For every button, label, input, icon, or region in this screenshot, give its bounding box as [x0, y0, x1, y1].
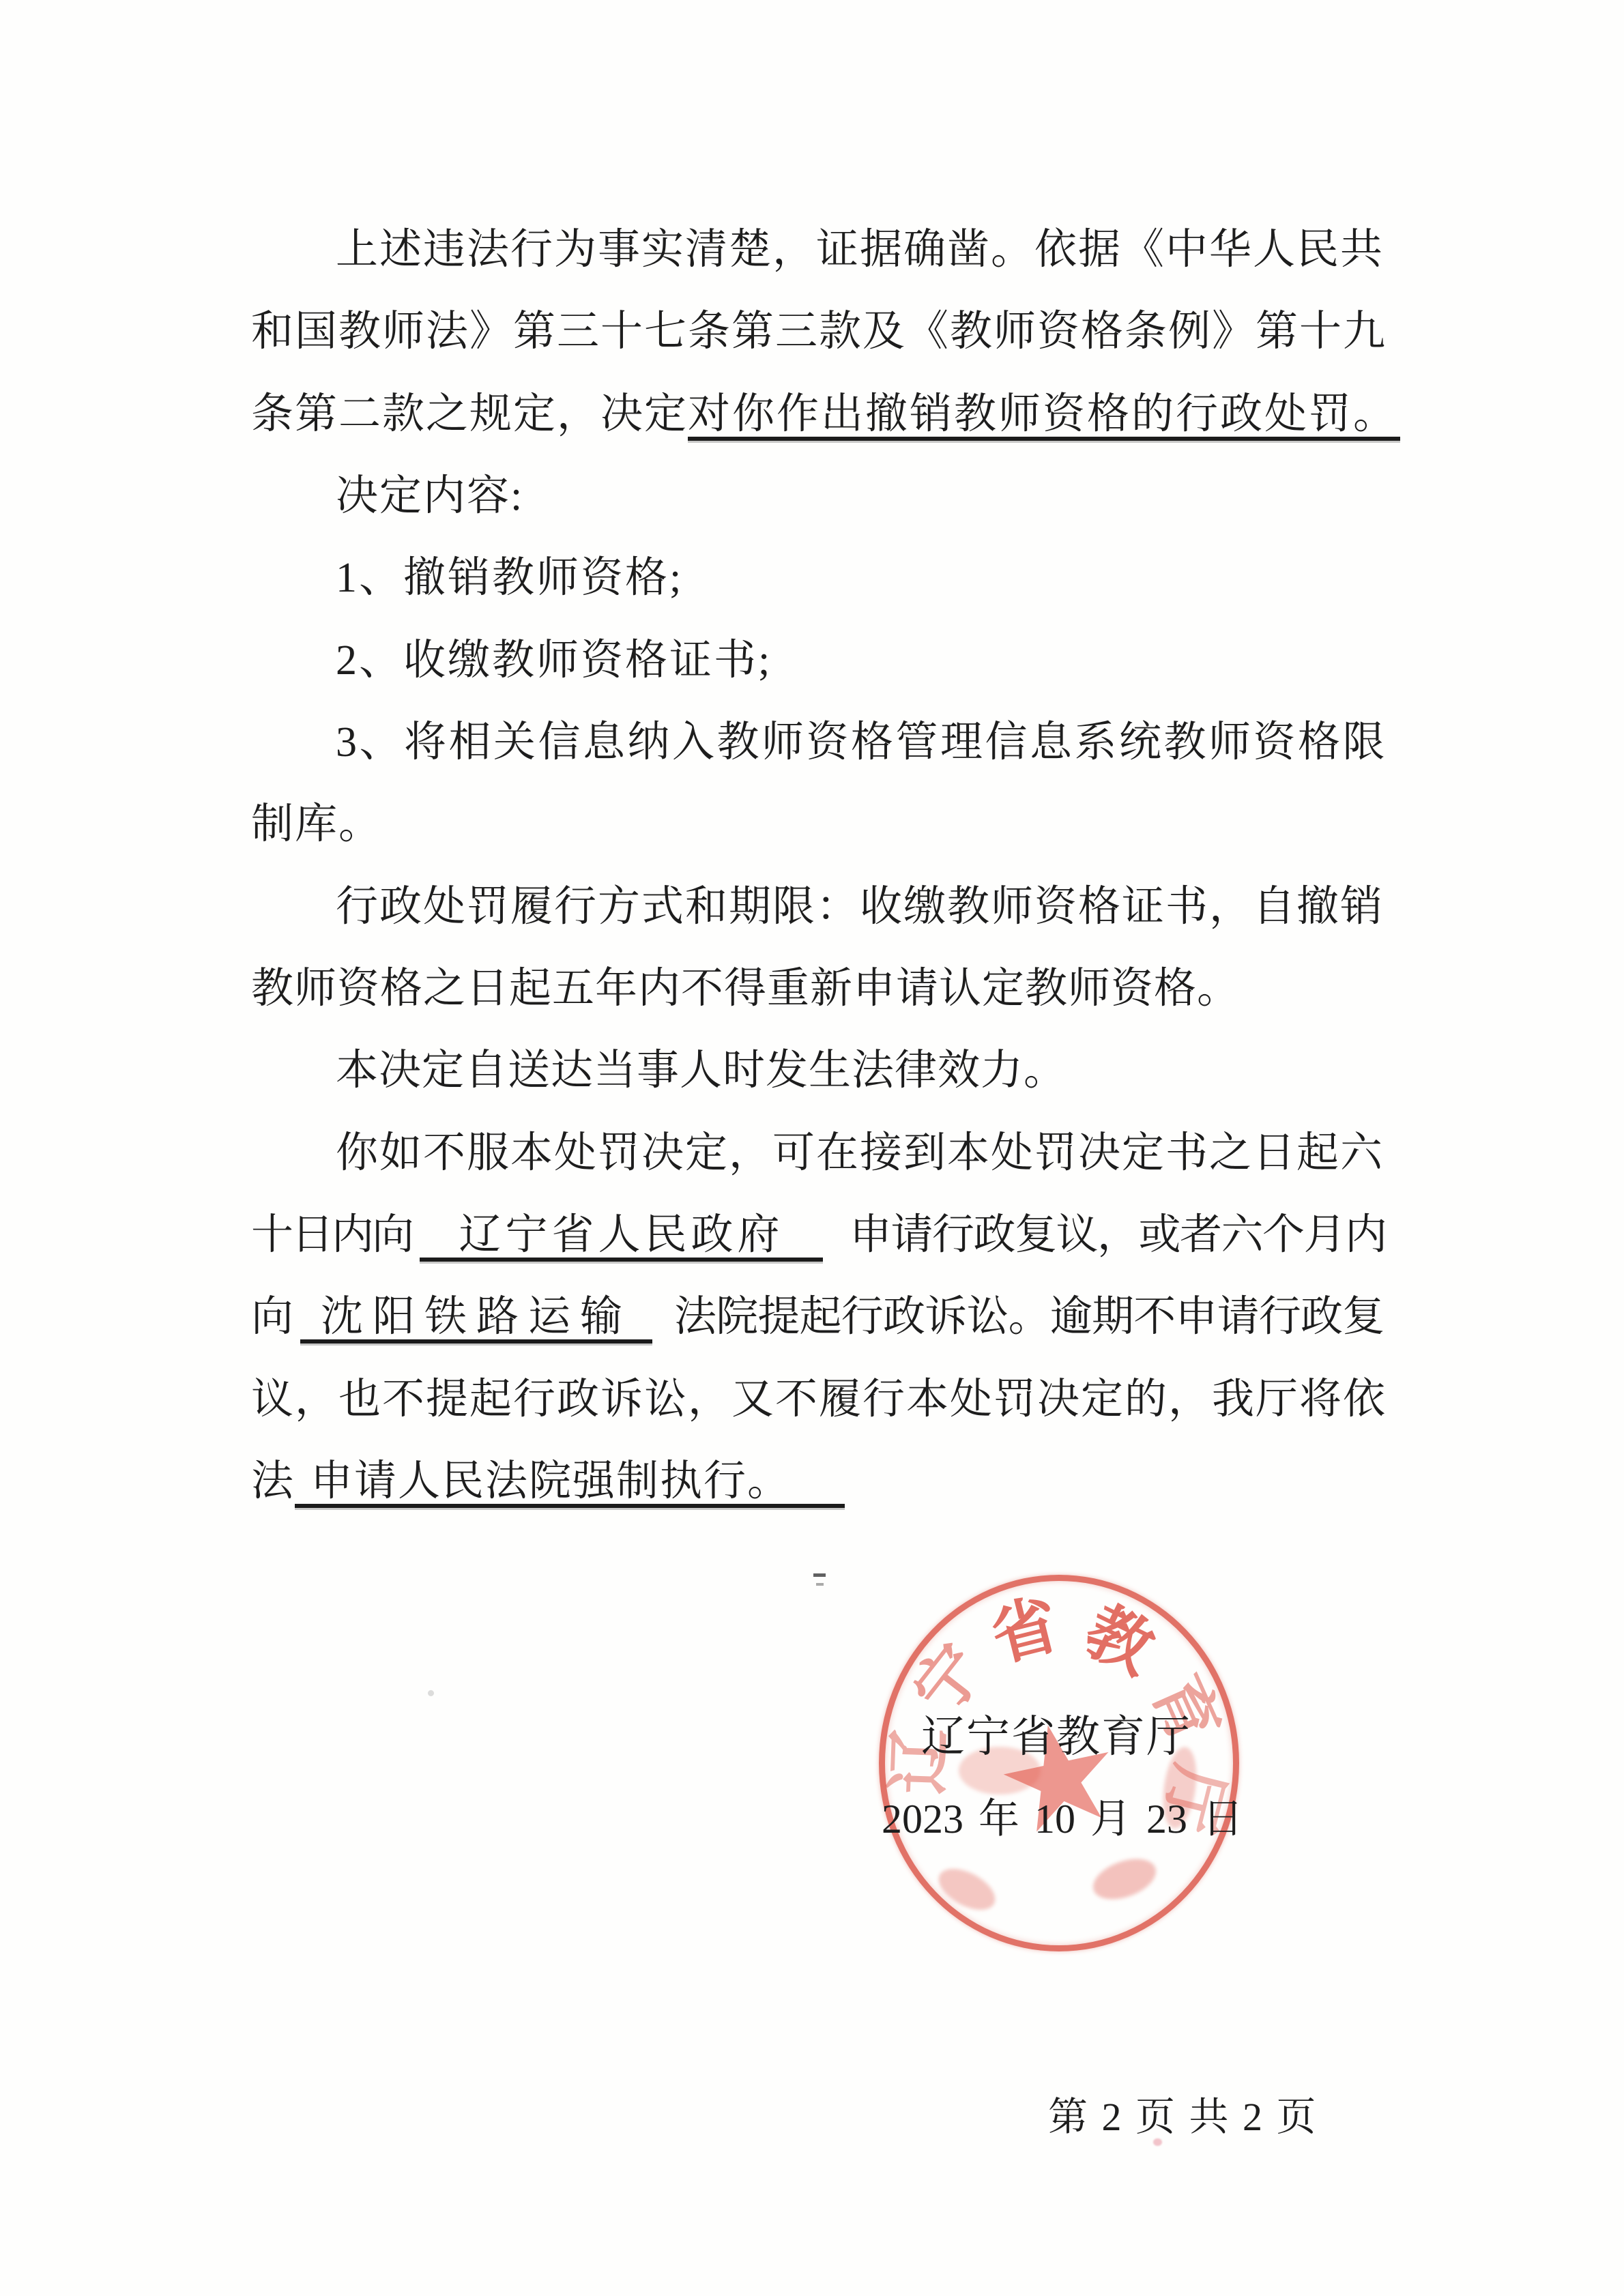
paragraph-text: 本决定自送达当事人时发生法律效力。	[336, 1030, 1067, 1111]
paragraph-text: 教师资格之日起五年内不得重新申请认定教师资格。	[251, 948, 1240, 1030]
text-line: 1、撤销教师资格;	[0, 537, 1624, 619]
underlined-penalty-text: 对你作出撤销教师资格的行政处罚。	[688, 373, 1397, 455]
paragraph-text: 行政处罚履行方式和期限：收缴教师资格证书，自撤销	[336, 866, 1384, 948]
paragraph-text: 法院提起行政诉讼。逾期不申请行政复	[674, 1276, 1384, 1358]
text-line: 议，也不提起行政诉讼，又不履行本处罚决定的，我厅将依	[0, 1358, 1624, 1440]
court-name-blank: 沈阳铁路运输	[300, 1276, 652, 1358]
underline-mark	[300, 1339, 652, 1343]
text-line: 本决定自送达当事人时发生法律效力。	[0, 1030, 1624, 1111]
underline-mark	[295, 1504, 845, 1508]
paragraph-text: 条第二款之规定，决定	[251, 373, 688, 455]
paragraph-text: 申请行政复议，或者六个月内	[850, 1194, 1387, 1276]
text-line: 上述违法行为事实清楚，证据确凿。依据《中华人民共	[0, 209, 1624, 291]
text-line: 向 沈阳铁路运输 法院提起行政诉讼。逾期不申请行政复	[0, 1276, 1624, 1358]
scan-artifact	[428, 1690, 434, 1696]
paragraph-text: 你如不服本处罚决定，可在接到本处罚决定书之日起六	[336, 1112, 1384, 1194]
scan-artifact	[813, 1573, 826, 1577]
paragraph-text: 和国教师法》第三十七条第三款及《教师资格条例》第十九	[251, 291, 1387, 373]
text-line: 条第二款之规定，决定 对你作出撤销教师资格的行政处罚。	[0, 373, 1624, 455]
paragraph-text: 决定内容:	[336, 455, 523, 537]
paragraph-text: 向	[251, 1276, 293, 1358]
list-item-text: 3、将相关信息纳入教师资格管理信息系统教师资格限	[336, 701, 1387, 783]
underline-mark	[688, 437, 1400, 441]
scan-artifact	[1153, 2138, 1162, 2146]
text-line: 2、收缴教师资格证书;	[0, 620, 1624, 701]
list-item-text: 1、撤销教师资格;	[336, 537, 683, 619]
paragraph-text: 十日内向	[251, 1194, 412, 1276]
text-line: 行政处罚履行方式和期限：收缴教师资格证书，自撤销	[0, 866, 1624, 948]
text-line: 和国教师法》第三十七条第三款及《教师资格条例》第十九	[0, 291, 1624, 373]
scan-artifact	[816, 1583, 824, 1586]
agency-name: 辽宁省教育厅	[921, 1702, 1191, 1764]
text-line: 3、将相关信息纳入教师资格管理信息系统教师资格限	[0, 701, 1624, 783]
document-page: 上述违法行为事实清楚，证据确凿。依据《中华人民共 和国教师法》第三十七条第三款及…	[0, 0, 1624, 2296]
paragraph-text: 制库。	[251, 783, 382, 865]
text-line: 决定内容:	[0, 455, 1624, 537]
scanned-document-page: { "document": { "lines": [ {"segs": [{"t…	[0, 0, 1624, 2296]
review-authority-blank: 辽宁省人民政府	[420, 1194, 823, 1276]
underline-mark	[420, 1258, 823, 1262]
text-line: 你如不服本处罚决定，可在接到本处罚决定书之日起六	[0, 1112, 1624, 1194]
underlined-enforcement-text: 申请人民法院强制执行。	[310, 1440, 791, 1522]
text-line: 制库。	[0, 783, 1624, 865]
paragraph-text: 上述违法行为事实清楚，证据确凿。依据《中华人民共	[336, 209, 1384, 291]
list-item-text: 2、收缴教师资格证书;	[336, 620, 772, 701]
text-line: 教师资格之日起五年内不得重新申请认定教师资格。	[0, 948, 1624, 1030]
paragraph-text: 议，也不提起行政诉讼，又不履行本处罚决定的，我厅将依	[251, 1358, 1387, 1440]
issue-date: 2023 年 10 月 23 日	[882, 1786, 1243, 1845]
text-line: 十日内向 辽宁省人民政府 申请行政复议，或者六个月内	[0, 1194, 1624, 1276]
text-line: 法 申请人民法院强制执行。	[0, 1440, 1624, 1522]
paragraph-text: 法	[251, 1440, 293, 1522]
page-footer: 第 2 页 共 2 页	[1048, 2087, 1318, 2148]
